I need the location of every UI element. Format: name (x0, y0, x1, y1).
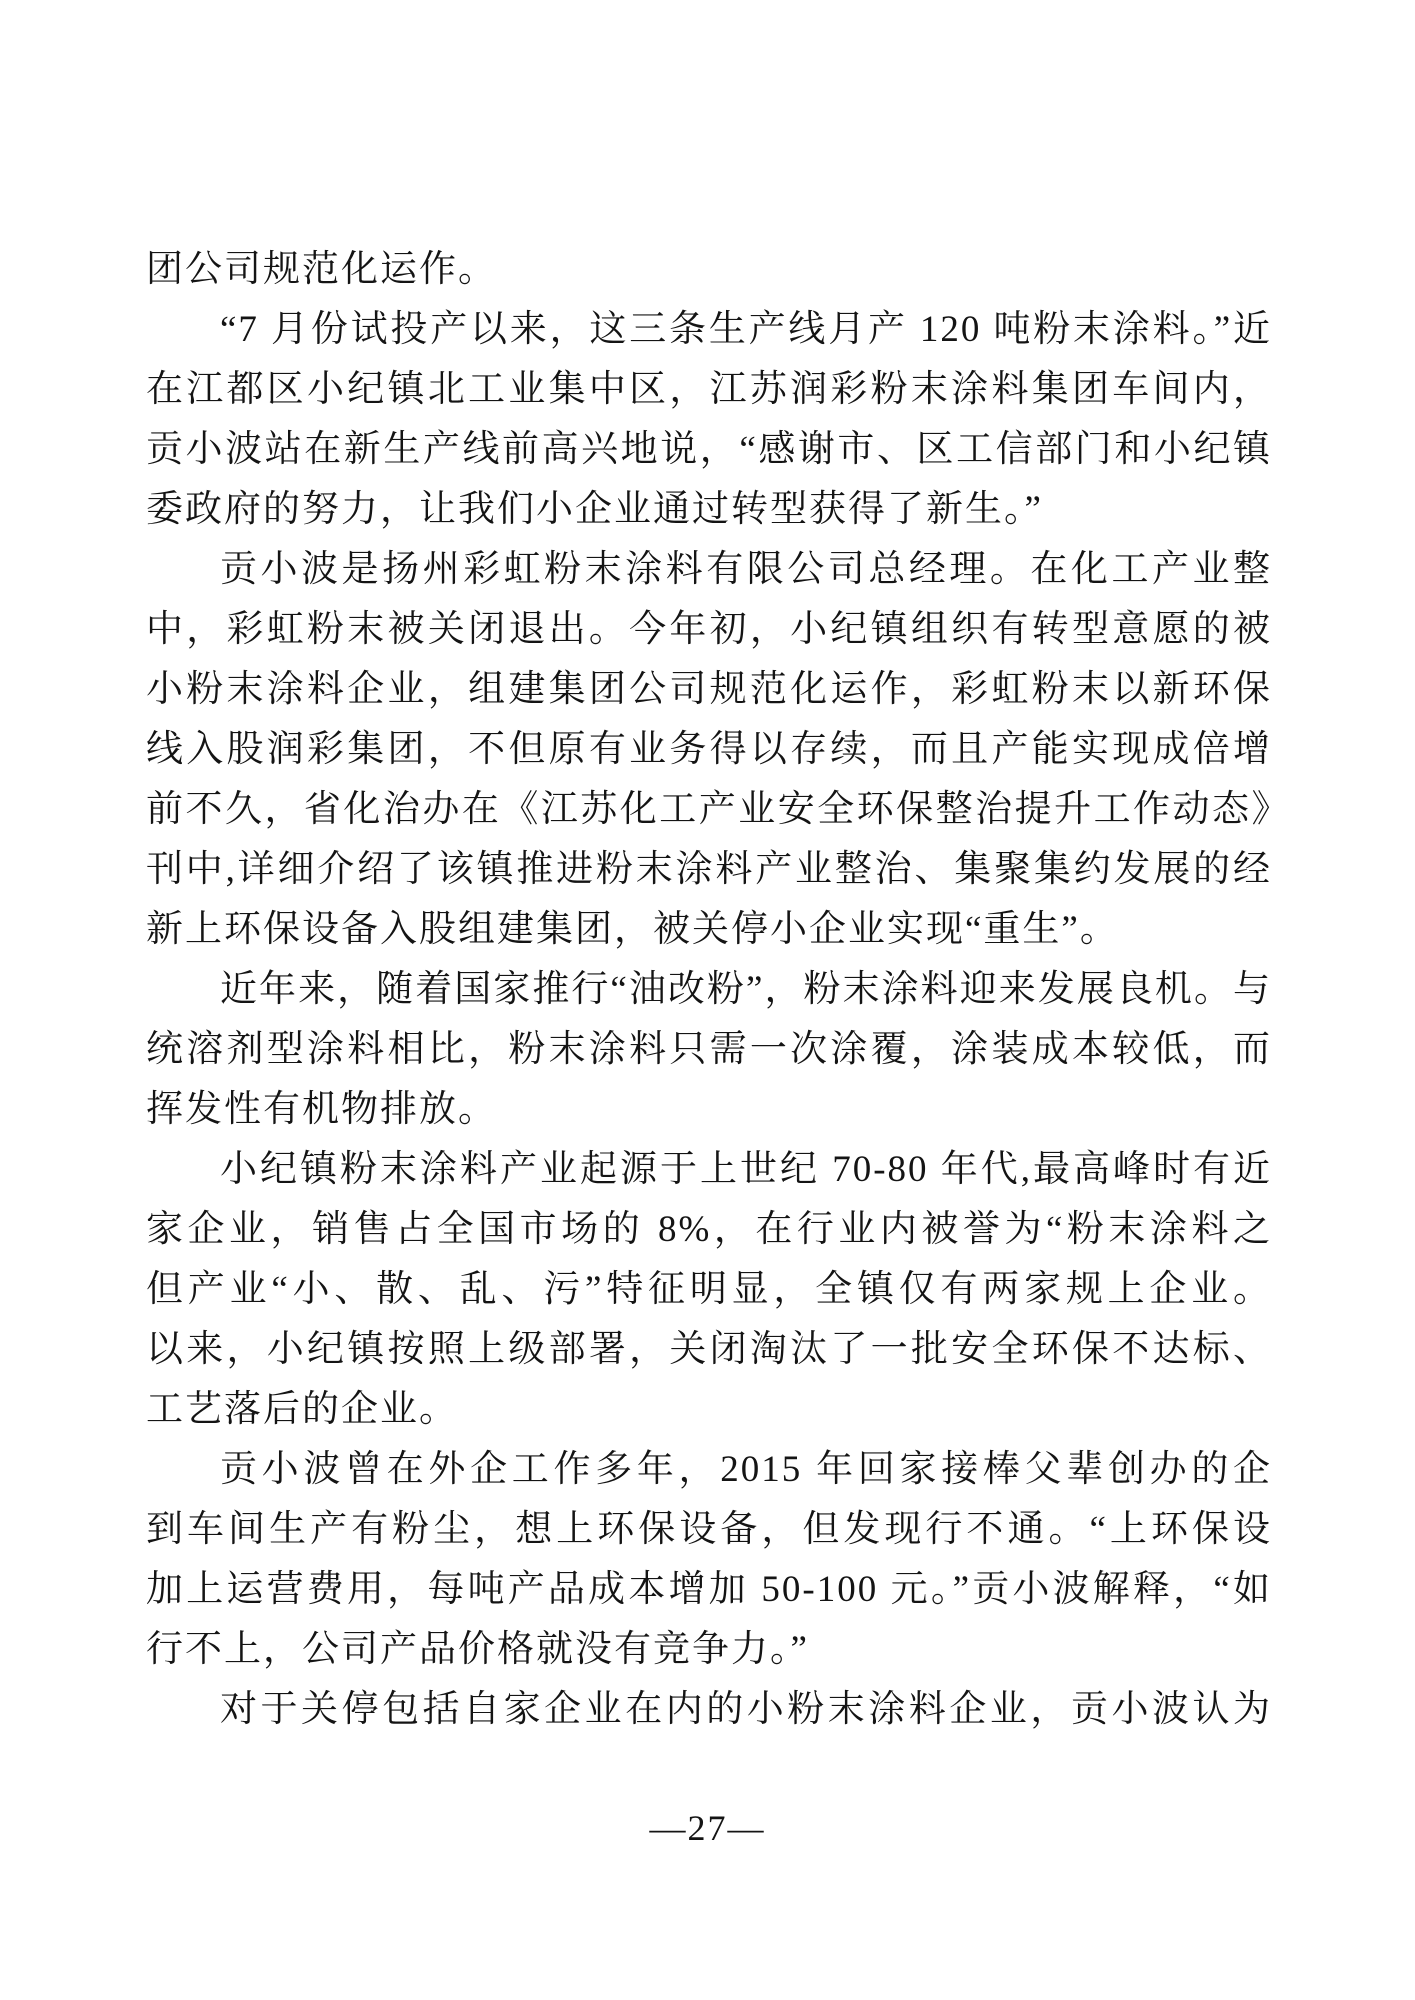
text-line: 前不久，省化治办在《江苏化工产业安全环保整治提升工作动态》专 (146, 780, 1272, 840)
text-line: 贡小波站在新生产线前高兴地说，“感谢市、区工信部门和小纪镇党 (146, 420, 1272, 480)
document-page: 团公司规范化运作。 “7 月份试投产以来，这三条生产线月产 120 吨粉末涂料。… (0, 0, 1415, 2000)
text-line: 小粉末涂料企业，组建集团公司规范化运作，彩虹粉末以新环保生产 (146, 660, 1272, 720)
text-line: 以来，小纪镇按照上级部署，关闭淘汰了一批安全环保不达标、产品 (146, 1320, 1272, 1380)
text-block: 团公司规范化运作。 “7 月份试投产以来，这三条生产线月产 120 吨粉末涂料。… (146, 240, 1272, 1740)
text-line: 家企业，销售占全国市场的 8%，在行业内被誉为“粉末涂料之乡”。 (146, 1200, 1272, 1260)
text-line: 中，彩虹粉末被关闭退出。今年初，小纪镇组织有转型意愿的被关闭 (146, 600, 1272, 660)
text-line: 线入股润彩集团，不但原有业务得以存续，而且产能实现成倍增长。 (146, 720, 1272, 780)
text-line: 小纪镇粉末涂料产业起源于上世纪 70-80 年代,最高峰时有近 200 (146, 1140, 1272, 1200)
text-line: 统溶剂型涂料相比，粉末涂料只需一次涂覆，涂装成本较低，而且无 (146, 1020, 1272, 1080)
text-line: 加上运营费用，每吨产品成本增加 50-100 元。”贡小波解释，“如果同 (146, 1560, 1272, 1620)
text-line: 工艺落后的企业。 (146, 1380, 1272, 1440)
text-line: 行不上，公司产品价格就没有竞争力。” (146, 1620, 1272, 1680)
text-line: 在江都区小纪镇北工业集中区，江苏润彩粉末涂料集团车间内，股东 (146, 360, 1272, 420)
text-line: 刊中,详细介绍了该镇推进粉末涂料产业整治、集聚集约发展的经验。 (146, 840, 1272, 900)
text-line: 贡小波曾在外企工作多年，2015 年回家接棒父辈创办的企业，看 (146, 1440, 1272, 1500)
text-line: 挥发性有机物排放。 (146, 1080, 1272, 1140)
text-line: 贡小波是扬州彩虹粉末涂料有限公司总经理。在化工产业整治 (146, 540, 1272, 600)
text-line: 新上环保设备入股组建集团，被关停小企业实现“重生”。 (146, 900, 1272, 960)
text-line: 委政府的努力，让我们小企业通过转型获得了新生。” (146, 480, 1272, 540)
text-line: 团公司规范化运作。 (146, 240, 1272, 300)
text-line: 对于关停包括自家企业在内的小粉末涂料企业，贡小波认为是转 (146, 1680, 1272, 1740)
text-line: “7 月份试投产以来，这三条生产线月产 120 吨粉末涂料。”近日， (146, 300, 1272, 360)
text-line: 近年来，随着国家推行“油改粉”，粉末涂料迎来发展良机。与传 (146, 960, 1272, 1020)
text-line: 但产业“小、散、乱、污”特征明显，全镇仅有两家规上企业。2017 年 (146, 1260, 1272, 1320)
page-number: —27— (0, 1798, 1415, 1858)
text-line: 到车间生产有粉尘，想上环保设备，但发现行不通。“上环保设备， (146, 1500, 1272, 1560)
